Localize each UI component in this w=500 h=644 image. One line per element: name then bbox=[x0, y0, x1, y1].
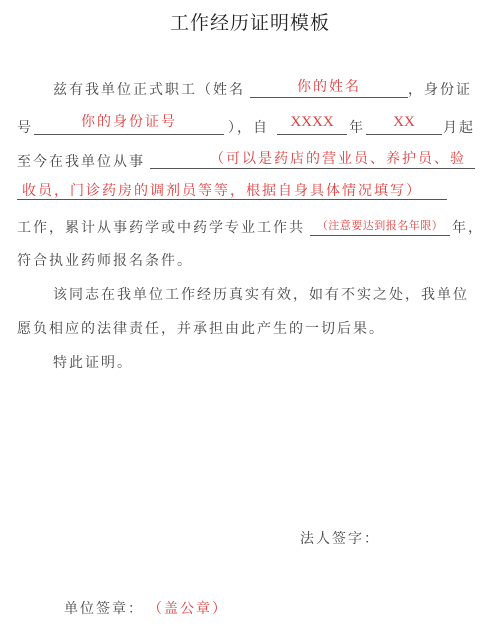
p1-line5-prefix: 工作，累计从事药学或中药学专业工作共 bbox=[17, 217, 305, 237]
p1-line6: 符合执业药师报名条件。 bbox=[17, 250, 193, 270]
p1-line2-suffix: 月起 bbox=[443, 117, 475, 137]
id-underline bbox=[34, 134, 224, 135]
year-underline bbox=[277, 134, 347, 135]
id-number-field[interactable]: 你的身份证号 bbox=[34, 111, 224, 131]
p1-line2-mid2: 年 bbox=[349, 117, 365, 137]
unit-seal-label: 单位签章： bbox=[64, 598, 144, 618]
unit-seal-hint[interactable]: （盖公章） bbox=[148, 598, 228, 618]
years-field[interactable]: （注意要达到报名年限） bbox=[310, 217, 450, 233]
p2-line1: 该同志在我单位工作经历真实有效，如有不实之处，我单位 bbox=[53, 284, 469, 304]
p1-line1-prefix: 兹有我单位正式职工（姓名 bbox=[53, 79, 245, 99]
p1-line3-prefix: 至今在我单位从事 bbox=[17, 151, 145, 171]
name-underline bbox=[250, 97, 408, 98]
document-title: 工作经历证明模板 bbox=[0, 8, 500, 35]
years-underline bbox=[310, 235, 450, 236]
position-field-line2[interactable]: 收员，门诊药房的调剂员等等，根据自身具体情况填写） bbox=[22, 180, 422, 200]
month-underline bbox=[366, 134, 442, 135]
year-field[interactable]: XXXX bbox=[277, 114, 347, 131]
p1-line2-mid1: ），自 bbox=[228, 117, 269, 137]
legal-person-signature-label: 法人签字： bbox=[300, 528, 380, 548]
p3-closing: 特此证明。 bbox=[53, 352, 133, 372]
name-field[interactable]: 你的姓名 bbox=[250, 76, 408, 96]
position-underline-1 bbox=[150, 168, 475, 169]
p1-line2-prefix: 号 bbox=[17, 117, 33, 137]
position-field-line1[interactable]: （可以是药店的营业员、养护员、验 bbox=[210, 148, 466, 168]
month-field[interactable]: XX bbox=[366, 114, 442, 131]
p1-line1-suffix: ，身份证 bbox=[408, 79, 472, 99]
p2-line2: 愿负相应的法律责任，并承担由此产生的一切后果。 bbox=[17, 318, 385, 338]
p1-line5-suffix: 年， bbox=[452, 217, 484, 237]
